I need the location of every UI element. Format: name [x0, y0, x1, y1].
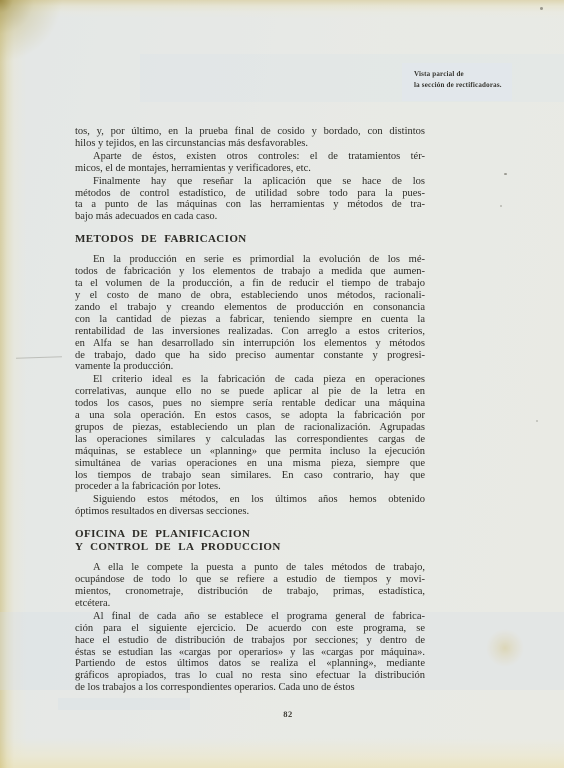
- text-line: proceder a la fabricación por lotes.: [75, 481, 425, 493]
- photo-caption-line: Vista parcial de: [414, 69, 512, 80]
- text-line: Al final de cada año se establece el pro…: [75, 611, 425, 623]
- text-line: mientos, cronometraje, distribución de t…: [75, 586, 425, 598]
- text-line: en Alfa se han desarrollado sin interrup…: [75, 338, 425, 350]
- text-line: todos los casos, pues no siempre sería r…: [75, 398, 425, 410]
- text-line: hace el estudio de distribución de traba…: [75, 635, 425, 647]
- paragraph: tos, y, por último, en la prueba final d…: [75, 126, 425, 150]
- text-line: bajo más adecuados en cada caso.: [75, 211, 425, 223]
- dust-speck: [536, 420, 538, 422]
- text-line: micos, el de montajes, herramientas y ve…: [75, 163, 425, 175]
- paper-scratch: [16, 356, 62, 359]
- text-line: ocupándose de todo lo que se refiere a e…: [75, 574, 425, 586]
- text-line: y el costo de mano de obra, estableciend…: [75, 290, 425, 302]
- text-line: con la cantidad de piezas a fabricar, te…: [75, 314, 425, 326]
- heading-line: Y CONTROL DE LA PRODUCCION: [75, 541, 425, 554]
- text-line: óptimos resultados en diversas secciones…: [75, 506, 425, 518]
- text-line: a una sola operación. En estos casos, se…: [75, 410, 425, 422]
- heading-line: OFICINA DE PLANIFICACION: [75, 528, 425, 541]
- text-block: tos, y, por último, en la prueba final d…: [75, 118, 425, 695]
- text-line: métodos de control estadístico, de utili…: [75, 188, 425, 200]
- heading-line: METODOS DE FABRICACION: [75, 233, 425, 246]
- page-number: 82: [269, 709, 307, 719]
- text-line: gráficos apropiados, tras lo cual no res…: [75, 670, 425, 682]
- text-line: todos de fabricación y los elementos de …: [75, 266, 425, 278]
- text-line: los tiempos de trabajo sean similares. E…: [75, 470, 425, 482]
- text-line: de los trabajos a los correspondientes o…: [75, 682, 425, 694]
- text-line: El criterio ideal es la fabricación de c…: [75, 374, 425, 386]
- paragraph: El criterio ideal es la fabricación de c…: [75, 374, 425, 493]
- text-line: Aparte de éstos, existen otros controles…: [75, 151, 425, 163]
- text-line: ta a punto de las máquinas con las herra…: [75, 199, 425, 211]
- paragraph: Finalmente hay que reseñar la aplicación…: [75, 176, 425, 224]
- text-line: correlativas, aunque ello no se puede ap…: [75, 386, 425, 398]
- paper-light-band: [58, 698, 190, 710]
- dust-speck: [540, 7, 543, 10]
- text-line: éstas se estudian las «cargas por operar…: [75, 647, 425, 659]
- photo-caption-line: la sección de rectificadoras.: [414, 80, 512, 91]
- section-heading: METODOS DE FABRICACION: [75, 233, 425, 246]
- text-line: etcétera.: [75, 598, 425, 610]
- text-line: zando el trabajo y creando elementos de …: [75, 302, 425, 314]
- text-line: Partiendo de estos últimos datos se real…: [75, 658, 425, 670]
- text-line: vamente la producción.: [75, 361, 425, 373]
- text-line: ción para el siguiente ejercicio. De acu…: [75, 623, 425, 635]
- text-line: En la producción en serie es primordial …: [75, 254, 425, 266]
- paragraph: Al final de cada año se establece el pro…: [75, 611, 425, 694]
- photo-caption: Vista parcial de la sección de rectifica…: [402, 63, 512, 101]
- paragraph: Aparte de éstos, existen otros controles…: [75, 151, 425, 175]
- text-line: Siguiendo estos métodos, en los últimos …: [75, 494, 425, 506]
- text-line: máquinas, se establece un «planning» que…: [75, 446, 425, 458]
- dust-speck: [504, 173, 507, 175]
- paragraph: Siguiendo estos métodos, en los últimos …: [75, 494, 425, 518]
- paragraph: A ella le compete la puesta a punto de t…: [75, 562, 425, 610]
- text-line: de trabajo, dado que ha sido preciso aum…: [75, 350, 425, 362]
- dust-speck: [500, 205, 502, 207]
- text-line: las operaciones similares y calculadas l…: [75, 434, 425, 446]
- text-line: simultánea de varias operaciones en una …: [75, 458, 425, 470]
- text-line: rentabilidad de las inversiones realizad…: [75, 326, 425, 338]
- scanned-book-page: Vista parcial de la sección de rectifica…: [0, 0, 564, 768]
- text-line: ta el volumen de la producción, a fin de…: [75, 278, 425, 290]
- text-line: hilos y tejidos, en las circunstancias m…: [75, 138, 425, 150]
- text-line: A ella le compete la puesta a punto de t…: [75, 562, 425, 574]
- text-line: Finalmente hay que reseñar la aplicación…: [75, 176, 425, 188]
- text-line: tos, y, por último, en la prueba final d…: [75, 126, 425, 138]
- paragraph: En la producción en serie es primordial …: [75, 254, 425, 373]
- text-line: grupos de piezas, estableciendo un plan …: [75, 422, 425, 434]
- section-heading: OFICINA DE PLANIFICACIONY CONTROL DE LA …: [75, 528, 425, 554]
